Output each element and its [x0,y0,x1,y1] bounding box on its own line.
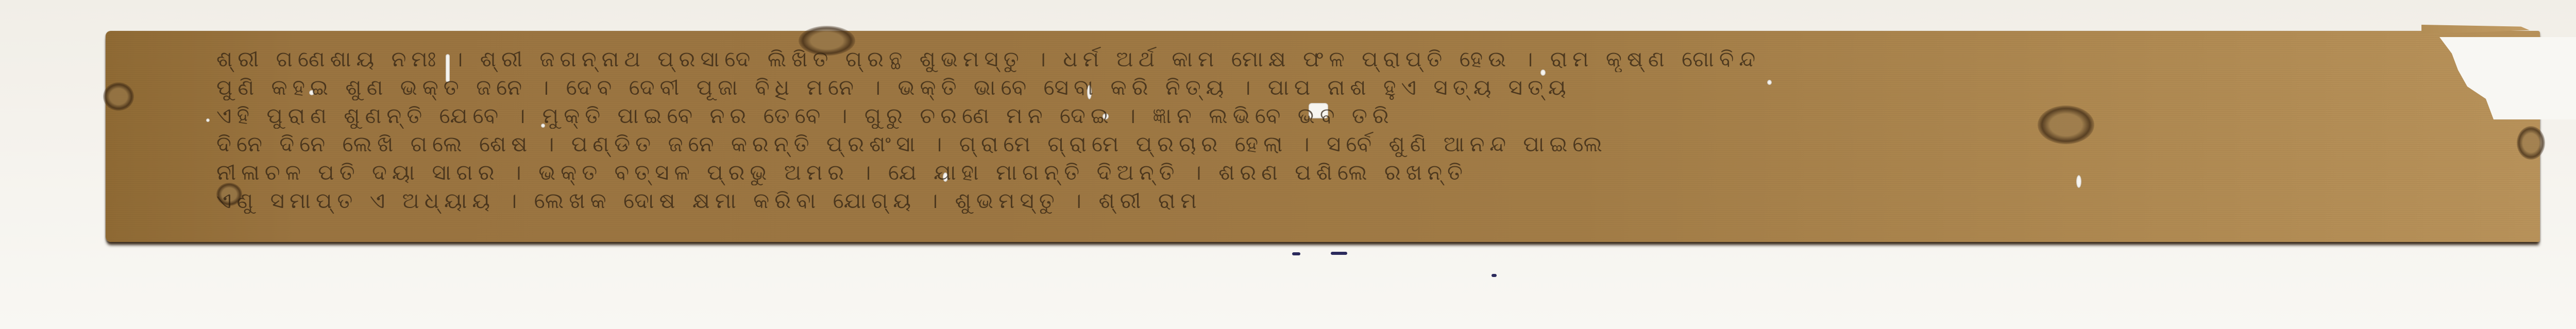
manuscript-text: ଶ୍ରୀ ଗଣେଶାୟ ନମଃ । ଶ୍ରୀ ଜଗନ୍ନାଥ ପ୍ରସାଦେ ଲ… [216,46,2458,221]
worm-hole [206,118,210,122]
manuscript-line-4: ଦିନେ ଦିନେ ଲେଖି ଗଲେ ଶେଷ । ପଣ୍ଡିତ ଜନେ କରନ୍… [216,131,2458,157]
manuscript-line-3: ଏହି ପୁରାଣ ଶୁଣନ୍ତି ଯେବେ । ମୁକ୍ତି ପାଇବେ ନର… [216,103,2458,129]
registration-mark [1331,252,1347,255]
registration-mark [1492,274,1497,277]
binding-hole-left-top [103,82,134,111]
manuscript-line-5: ନୀଳାଚଳ ପତି ଦୟା ସାଗର । ଭକ୍ତ ବତ୍ସଳ ପ୍ରଭୁ ଅ… [216,160,2458,185]
manuscript-line-6: ଏଣୁ ସମାପ୍ତ ଏ ଅଧ୍ୟାୟ । ଲେଖକ ଦୋଷ କ୍ଷମା କରି… [216,188,2458,214]
manuscript-line-1: ଶ୍ରୀ ଗଣେଶାୟ ନମଃ । ଶ୍ରୀ ଜଗନ୍ନାଥ ପ୍ରସାଦେ ଲ… [216,46,2458,72]
binding-hole-far-right [2517,126,2545,160]
manuscript-line-2: ପୁଣି କହଇ ଶୁଣ ଭକ୍ତ ଜନେ । ଦେବ ଦେବୀ ପୂଜା ବି… [216,75,2458,100]
registration-mark [1292,252,1300,255]
